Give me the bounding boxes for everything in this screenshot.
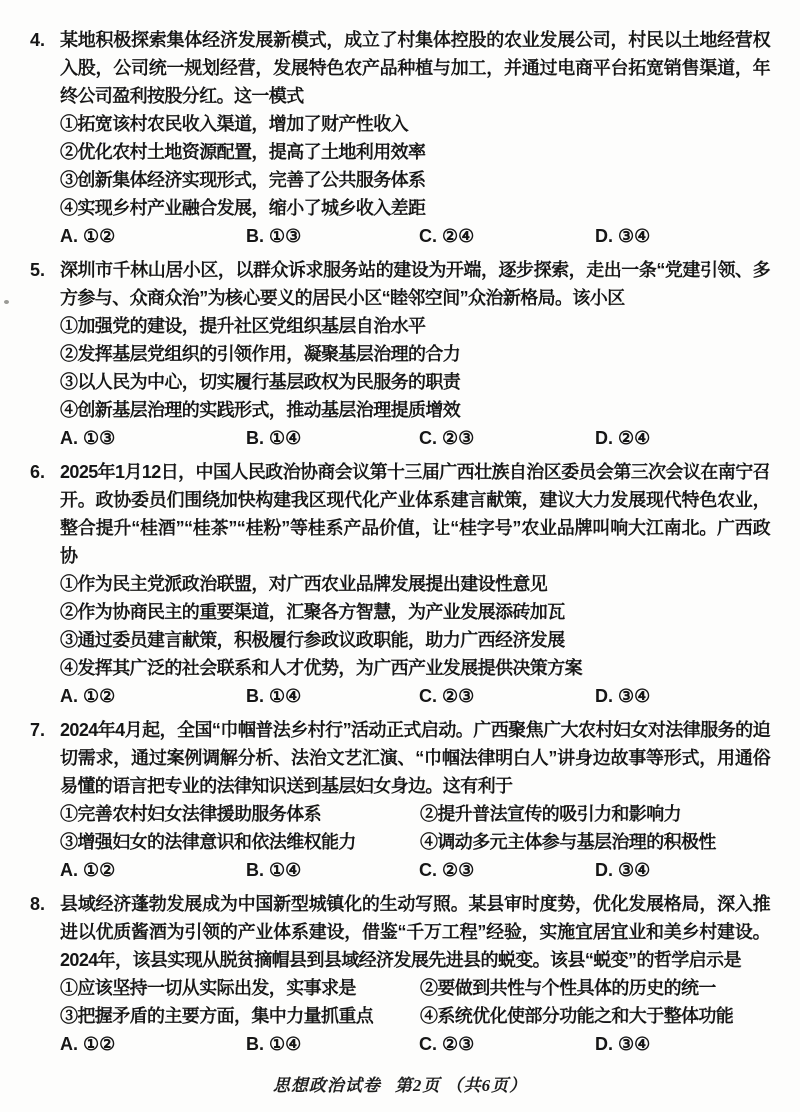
option-4: ④实现乡村产业融合发展，缩小了城乡收入差距 xyxy=(60,194,770,222)
question-number: 6. xyxy=(30,458,45,486)
option-1: ①拓宽该村农民收入渠道，增加了财产性收入 xyxy=(60,110,770,138)
option-2: ②发挥基层党组织的引领作用，凝聚基层治理的合力 xyxy=(60,340,770,368)
option-3: ③通过委员建言献策，积极履行参政议政职能，助力广西经济发展 xyxy=(60,626,770,654)
choice-d: D. ②④ xyxy=(595,424,770,452)
question-4: 4. 某地积极探索集体经济发展新模式，成立了村集体控股的农业发展公司，村民以土地… xyxy=(0,26,800,250)
option-2: ②提升普法宣传的吸引力和影响力 xyxy=(420,800,770,828)
choices-row: A. ①② B. ①④ C. ②③ D. ③④ xyxy=(60,1030,770,1058)
option-3: ③以人民为中心，切实履行基层政权为民服务的职责 xyxy=(60,368,770,396)
choices-row: A. ①③ B. ①④ C. ②③ D. ②④ xyxy=(60,424,770,452)
choice-a: A. ①② xyxy=(60,1030,246,1058)
choice-a: A. ①③ xyxy=(60,424,246,452)
option-2: ②作为协商民主的重要渠道，汇聚各方智慧，为产业发展添砖加瓦 xyxy=(60,598,770,626)
question-stem: 县域经济蓬勃发展成为中国新型城镇化的生动写照。某县审时度势，优化发展格局，深入推… xyxy=(60,890,770,974)
choice-d: D. ③④ xyxy=(595,1030,770,1058)
page-footer: 思想政治试卷第2页 （共6页） xyxy=(0,1074,800,1098)
option-1: ①应该坚持一切从实际出发，实事求是 xyxy=(60,974,420,1002)
choice-c: C. ②④ xyxy=(419,222,595,250)
choice-b: B. ①④ xyxy=(246,424,419,452)
question-number: 8. xyxy=(30,890,45,918)
question-number: 4. xyxy=(30,26,45,54)
choices-row: A. ①② B. ①④ C. ②③ D. ③④ xyxy=(60,682,770,710)
option-1: ①完善农村妇女法律援助服务体系 xyxy=(60,800,420,828)
exam-paper-page: 4. 某地积极探索集体经济发展新模式，成立了村集体控股的农业发展公司，村民以土地… xyxy=(0,0,800,1112)
footer-doc-title: 思想政治试卷 xyxy=(273,1076,381,1095)
option-4: ④调动多元主体参与基层治理的积极性 xyxy=(420,828,770,856)
choices-row: A. ①② B. ①④ C. ②③ D. ③④ xyxy=(60,856,770,884)
footer-page-info: 第2页 （共6页） xyxy=(395,1076,527,1095)
question-5: 5. 深圳市千林山居小区，以群众诉求服务站的建设为开端，逐步探索，走出一条“党建… xyxy=(0,256,800,452)
option-4: ④发挥其广泛的社会联系和人才优势，为广西产业发展提供决策方案 xyxy=(60,654,770,682)
option-4: ④系统优化使部分功能之和大于整体功能 xyxy=(420,1002,770,1030)
choice-c: C. ②③ xyxy=(419,856,595,884)
question-7: 7. 2024年4月起，全国“巾帼普法乡村行”活动正式启动。广西聚焦广大农村妇女… xyxy=(0,716,800,884)
option-grid: ①应该坚持一切从实际出发，实事求是 ②要做到共性与个性具体的历史的统一 ③把握矛… xyxy=(60,974,770,1030)
choice-a: A. ①② xyxy=(60,856,246,884)
questions-area: 4. 某地积极探索集体经济发展新模式，成立了村集体控股的农业发展公司，村民以土地… xyxy=(0,0,800,1098)
choice-a: A. ①② xyxy=(60,222,246,250)
question-stem: 深圳市千林山居小区，以群众诉求服务站的建设为开端，逐步探索，走出一条“党建引领、… xyxy=(60,256,770,312)
option-3: ③增强妇女的法律意识和依法维权能力 xyxy=(60,828,420,856)
choice-c: C. ②③ xyxy=(419,424,595,452)
option-grid: ①完善农村妇女法律援助服务体系 ②提升普法宣传的吸引力和影响力 ③增强妇女的法律… xyxy=(60,800,770,856)
choice-b: B. ①④ xyxy=(246,682,419,710)
choice-d: D. ③④ xyxy=(595,856,770,884)
question-stem: 某地积极探索集体经济发展新模式，成立了村集体控股的农业发展公司，村民以土地经营权… xyxy=(60,26,770,110)
option-list: ①拓宽该村农民收入渠道，增加了财产性收入 ②优化农村土地资源配置，提高了土地利用… xyxy=(60,110,770,222)
option-3: ③创新集体经济实现形式，完善了公共服务体系 xyxy=(60,166,770,194)
choice-c: C. ②③ xyxy=(419,682,595,710)
option-3: ③把握矛盾的主要方面，集中力量抓重点 xyxy=(60,1002,420,1030)
question-number: 7. xyxy=(30,716,45,744)
choice-b: B. ①③ xyxy=(246,222,419,250)
choice-b: B. ①④ xyxy=(246,1030,419,1058)
option-2: ②优化农村土地资源配置，提高了土地利用效率 xyxy=(60,138,770,166)
question-6: 6. 2025年1月12日，中国人民政治协商会议第十三届广西壮族自治区委员会第三… xyxy=(0,458,800,710)
question-stem: 2025年1月12日，中国人民政治协商会议第十三届广西壮族自治区委员会第三次会议… xyxy=(60,458,770,570)
option-1: ①作为民主党派政治联盟，对广西农业品牌发展提出建设性意见 xyxy=(60,570,770,598)
question-number: 5. xyxy=(30,256,45,284)
option-list: ①作为民主党派政治联盟，对广西农业品牌发展提出建设性意见 ②作为协商民主的重要渠… xyxy=(60,570,770,682)
choice-a: A. ①② xyxy=(60,682,246,710)
choice-b: B. ①④ xyxy=(246,856,419,884)
choices-row: A. ①② B. ①③ C. ②④ D. ③④ xyxy=(60,222,770,250)
choice-d: D. ③④ xyxy=(595,222,770,250)
option-4: ④创新基层治理的实践形式，推动基层治理提质增效 xyxy=(60,396,770,424)
choice-c: C. ②③ xyxy=(419,1030,595,1058)
question-8: 8. 县域经济蓬勃发展成为中国新型城镇化的生动写照。某县审时度势，优化发展格局，… xyxy=(0,890,800,1058)
option-2: ②要做到共性与个性具体的历史的统一 xyxy=(420,974,770,1002)
option-list: ①加强党的建设，提升社区党组织基层自治水平 ②发挥基层党组织的引领作用，凝聚基层… xyxy=(60,312,770,424)
question-stem: 2024年4月起，全国“巾帼普法乡村行”活动正式启动。广西聚焦广大农村妇女对法律… xyxy=(60,716,770,800)
choice-d: D. ③④ xyxy=(595,682,770,710)
option-1: ①加强党的建设，提升社区党组织基层自治水平 xyxy=(60,312,770,340)
